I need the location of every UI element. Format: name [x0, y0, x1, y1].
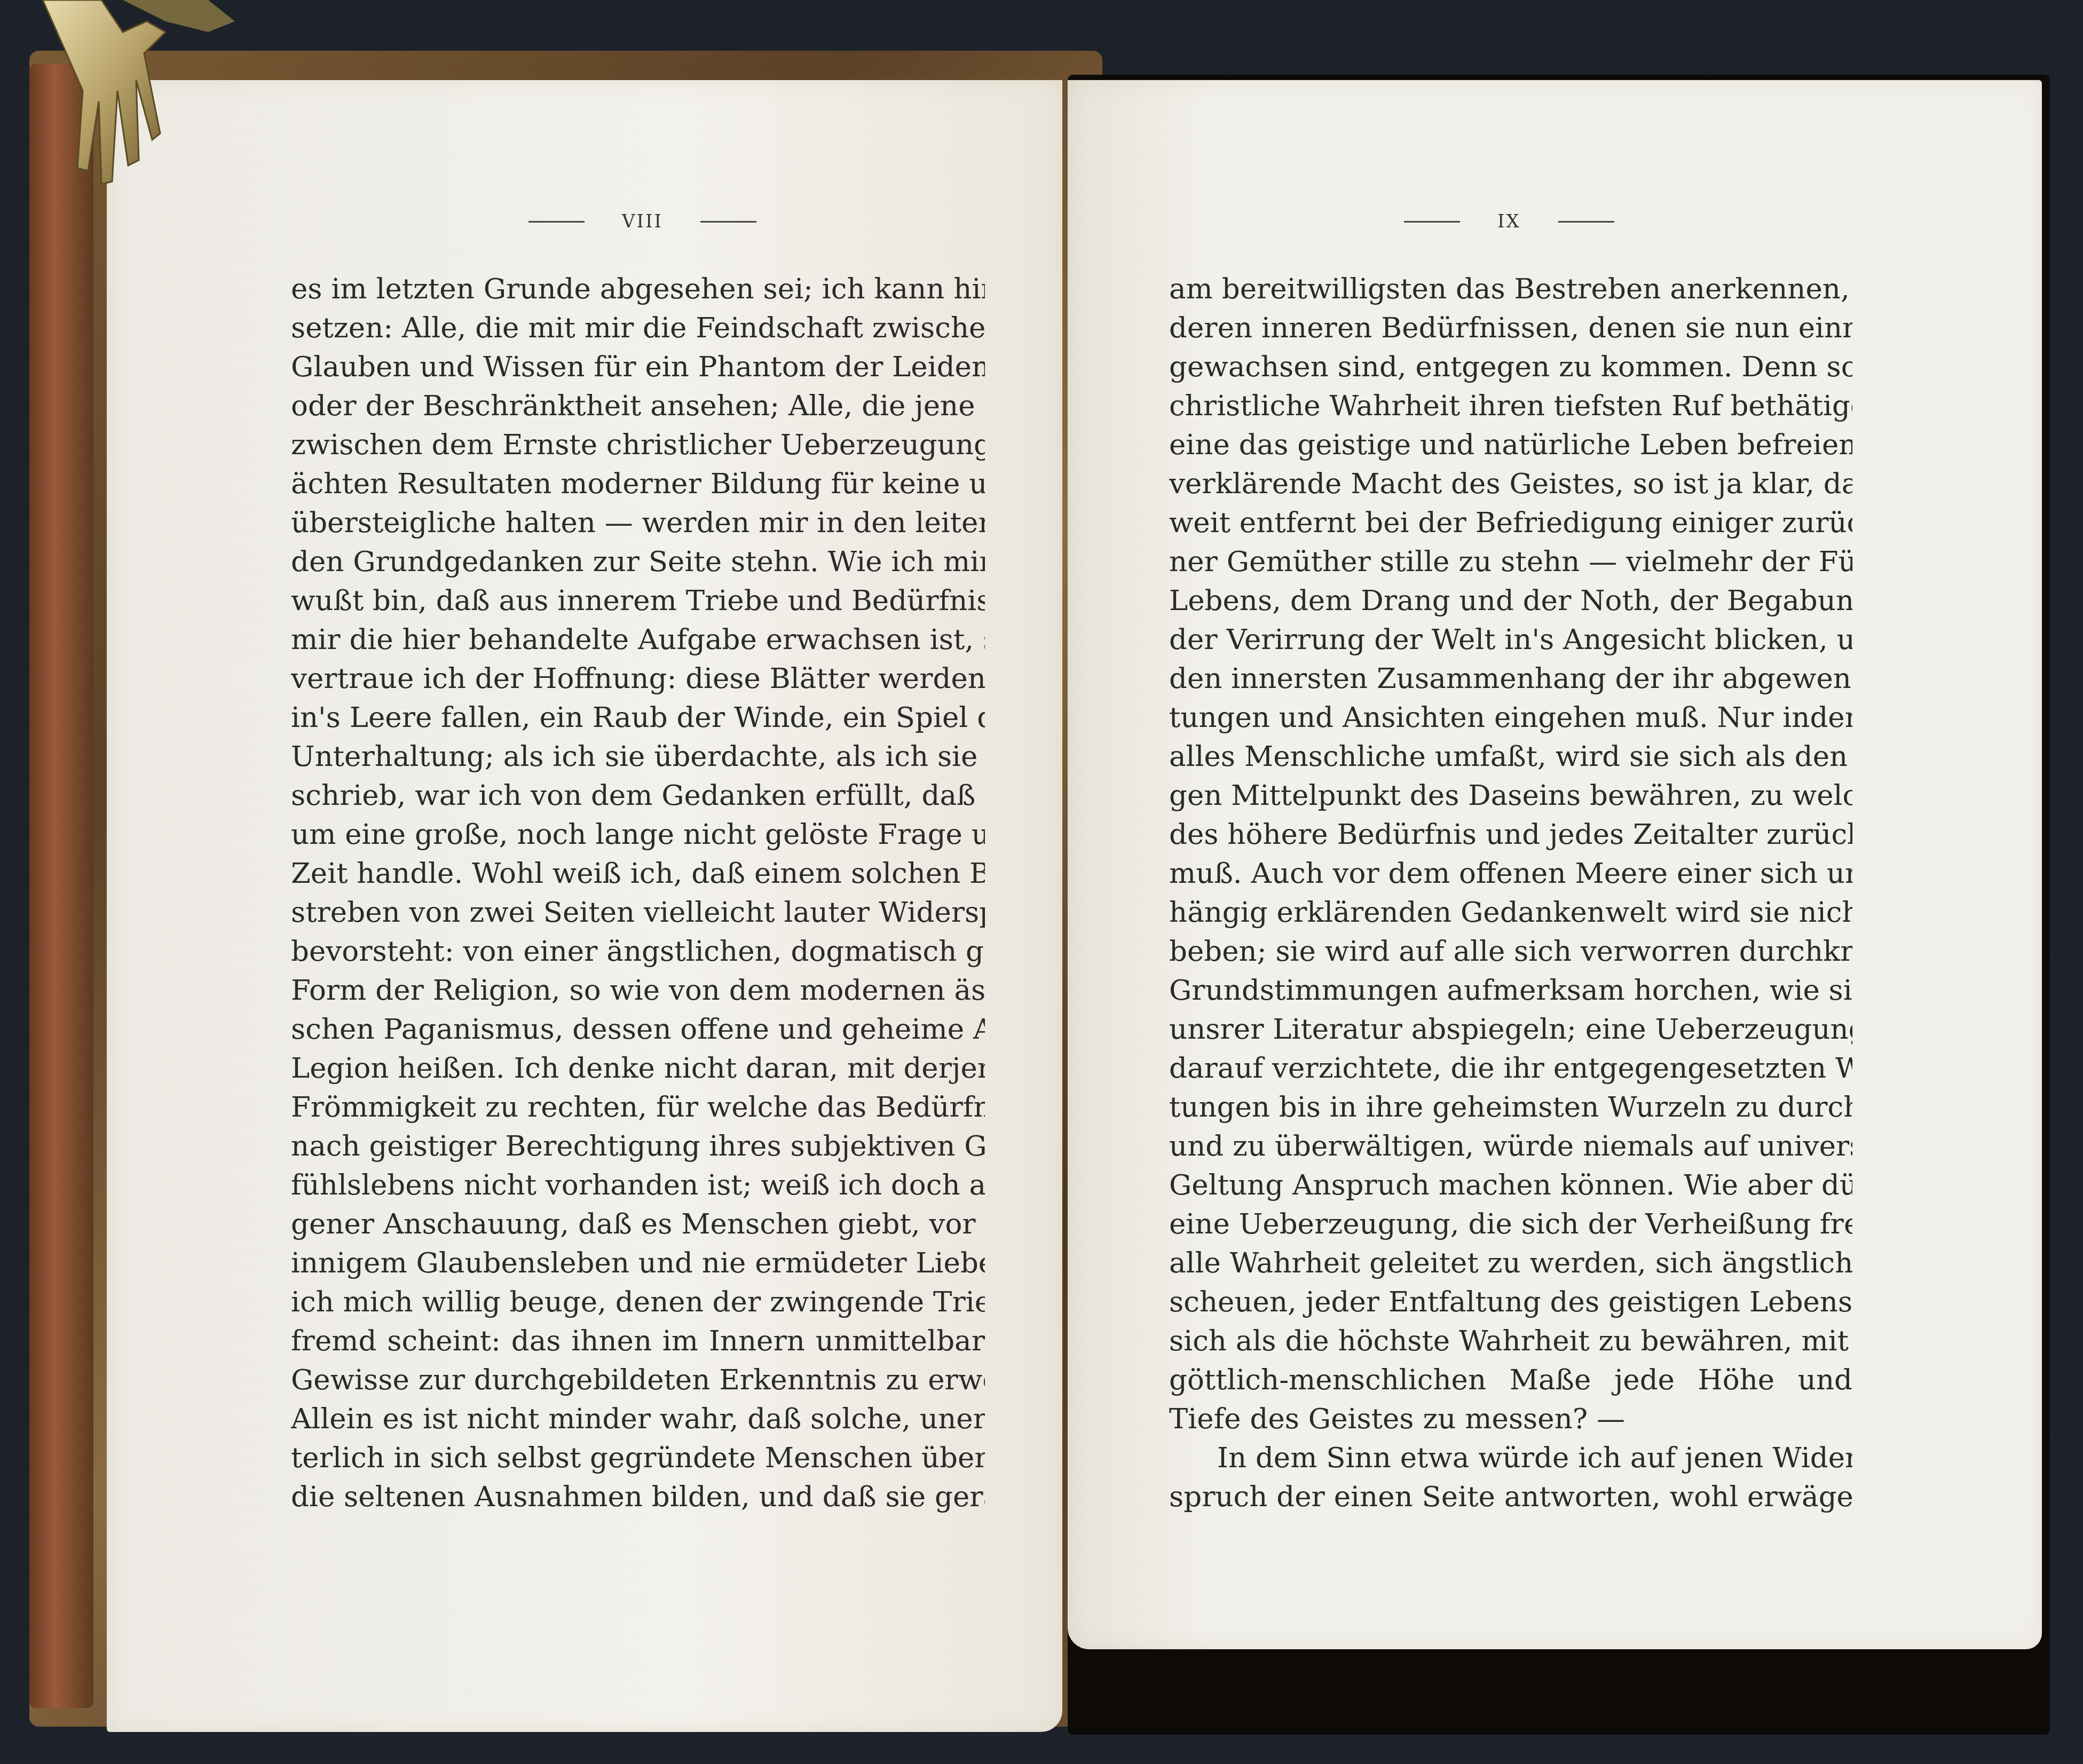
text-line: alle Wahrheit geleitet zu werden, sich ä… — [1169, 1244, 1852, 1283]
text-line: spruch der einen Seite antworten, wohl e… — [1169, 1477, 1852, 1516]
text-line: In dem Sinn etwa würde ich auf jenen Wid… — [1169, 1438, 1852, 1477]
text-line: bevorsteht: von einer ängstlichen, dogma… — [291, 932, 985, 971]
text-line: göttlich-menschlichen Maße jede Höhe und — [1169, 1360, 1852, 1399]
text-line: darauf verzichtete, die ihr entgegengese… — [1169, 1049, 1852, 1088]
text-line: den innersten Zusammenhang der ihr abgew… — [1169, 659, 1852, 698]
text-line: am bereitwilligsten das Bestreben anerke… — [1169, 270, 1852, 308]
text-line: gewachsen sind, entgegen zu kommen. Denn… — [1169, 347, 1852, 386]
text-line: des höhere Bedürfnis und jedes Zeitalter… — [1169, 815, 1852, 854]
left-page-text: es im letzten Grunde abgesehen sei; ich … — [291, 270, 985, 1516]
text-line: unsrer Literatur abspiegeln; eine Ueberz… — [1169, 1010, 1852, 1049]
text-line: Lebens, dem Drang und der Noth, der Bega… — [1169, 581, 1852, 620]
text-line: tungen bis in ihre geheimsten Wurzeln zu… — [1169, 1088, 1852, 1127]
left-folio-text: VIII — [622, 211, 663, 232]
folio-rule — [528, 221, 585, 223]
text-line: setzen: Alle, die mit mir die Feindschaf… — [291, 308, 985, 347]
text-line: schen Paganismus, dessen offene und gehe… — [291, 1010, 985, 1049]
text-line: gen Mittelpunkt des Daseins bewähren, zu… — [1169, 776, 1852, 815]
text-line: und zu überwältigen, würde niemals auf u… — [1169, 1127, 1852, 1166]
text-line: oder der Beschränktheit ansehen; Alle, d… — [291, 386, 985, 425]
text-line: hängig erklärenden Gedankenwelt wird sie… — [1169, 893, 1852, 932]
text-line: um eine große, noch lange nicht gelöste … — [291, 815, 985, 854]
folio-rule — [700, 221, 756, 223]
text-line: muß. Auch vor dem offenen Meere einer si… — [1169, 854, 1852, 893]
left-page-number: VIII — [528, 211, 756, 232]
text-line: der Verirrung der Welt in's Angesicht bl… — [1169, 620, 1852, 659]
folio-rule — [1558, 221, 1614, 223]
text-line: es im letzten Grunde abgesehen sei; ich … — [291, 270, 985, 308]
text-line: fremd scheint: das ihnen im Innern unmit… — [291, 1322, 985, 1360]
text-line: sich als die höchste Wahrheit zu bewähre… — [1169, 1322, 1852, 1360]
text-line: eine das geistige und natürliche Leben b… — [1169, 425, 1852, 464]
leather-spine-edge — [29, 64, 93, 1708]
text-line: Grundstimmungen aufmerksam horchen, wie … — [1169, 971, 1852, 1010]
text-line: fühlslebens nicht vorhanden ist; weiß ic… — [291, 1166, 985, 1205]
text-line: scheuen, jeder Entfaltung des geistigen … — [1169, 1283, 1852, 1322]
text-line: ner Gemüther stille zu stehn — vielmehr … — [1169, 542, 1852, 581]
text-line: eine Ueberzeugung, die sich der Verheißu… — [1169, 1205, 1852, 1244]
text-line: beben; sie wird auf alle sich verworren … — [1169, 932, 1852, 971]
text-line: den Grundgedanken zur Seite stehn. Wie i… — [291, 542, 985, 581]
text-line: weit entfernt bei der Befriedigung einig… — [1169, 503, 1852, 542]
text-line: in's Leere fallen, ein Raub der Winde, e… — [291, 698, 985, 737]
text-line: Tiefe des Geistes zu messen? — — [1169, 1399, 1852, 1438]
right-page-number: IX — [1404, 211, 1614, 232]
text-line: schrieb, war ich von dem Gedanken erfüll… — [291, 776, 985, 815]
text-line: ich mich willig beuge, denen der zwingen… — [291, 1283, 985, 1322]
text-line: Frömmigkeit zu rechten, für welche das B… — [291, 1088, 985, 1127]
folio-rule — [1404, 221, 1460, 223]
right-folio-text: IX — [1497, 211, 1521, 232]
text-line: zwischen dem Ernste christlicher Ueberze… — [291, 425, 985, 464]
text-line: übersteigliche halten — werden mir in de… — [291, 503, 985, 542]
brass-hand-bookmark-icon — [32, 0, 235, 203]
text-line: terlich in sich selbst gegründete Mensch… — [291, 1438, 985, 1477]
text-line: wußt bin, daß aus innerem Triebe und Bed… — [291, 581, 985, 620]
text-line: Zeit handle. Wohl weiß ich, daß einem so… — [291, 854, 985, 893]
text-line: Form der Religion, so wie von dem modern… — [291, 971, 985, 1010]
text-line: alles Menschliche umfaßt, wird sie sich … — [1169, 737, 1852, 776]
text-line: Gewisse zur durchgebildeten Erkenntnis z… — [291, 1360, 985, 1399]
text-line: vertraue ich der Hoffnung: diese Blätter… — [291, 659, 985, 698]
text-line: streben von zwei Seiten vielleicht laute… — [291, 893, 985, 932]
text-line: gener Anschauung, daß es Menschen giebt,… — [291, 1205, 985, 1244]
text-line: ächten Resultaten moderner Bildung für k… — [291, 464, 985, 503]
text-line: Unterhaltung; als ich sie überdachte, al… — [291, 737, 985, 776]
text-line: tungen und Ansichten eingehen muß. Nur i… — [1169, 698, 1852, 737]
text-line: mir die hier behandelte Aufgabe erwachse… — [291, 620, 985, 659]
text-line: Geltung Anspruch machen können. Wie aber… — [1169, 1166, 1852, 1205]
text-line: Allein es ist nicht minder wahr, daß sol… — [291, 1399, 985, 1438]
text-line: Legion heißen. Ich denke nicht daran, mi… — [291, 1049, 985, 1088]
text-line: christliche Wahrheit ihren tiefsten Ruf … — [1169, 386, 1852, 425]
text-line: innigem Glaubensleben und nie ermüdeter … — [291, 1244, 985, 1283]
text-line: die seltenen Ausnahmen bilden, und daß s… — [291, 1477, 985, 1516]
text-line: Glauben und Wissen für ein Phantom der L… — [291, 347, 985, 386]
right-page-text: am bereitwilligsten das Bestreben anerke… — [1169, 270, 1852, 1516]
text-line: nach geistiger Berechtigung ihres subjek… — [291, 1127, 985, 1166]
text-line: deren inneren Bedürfnissen, denen sie nu… — [1169, 308, 1852, 347]
text-line: verklärende Macht des Geistes, so ist ja… — [1169, 464, 1852, 503]
